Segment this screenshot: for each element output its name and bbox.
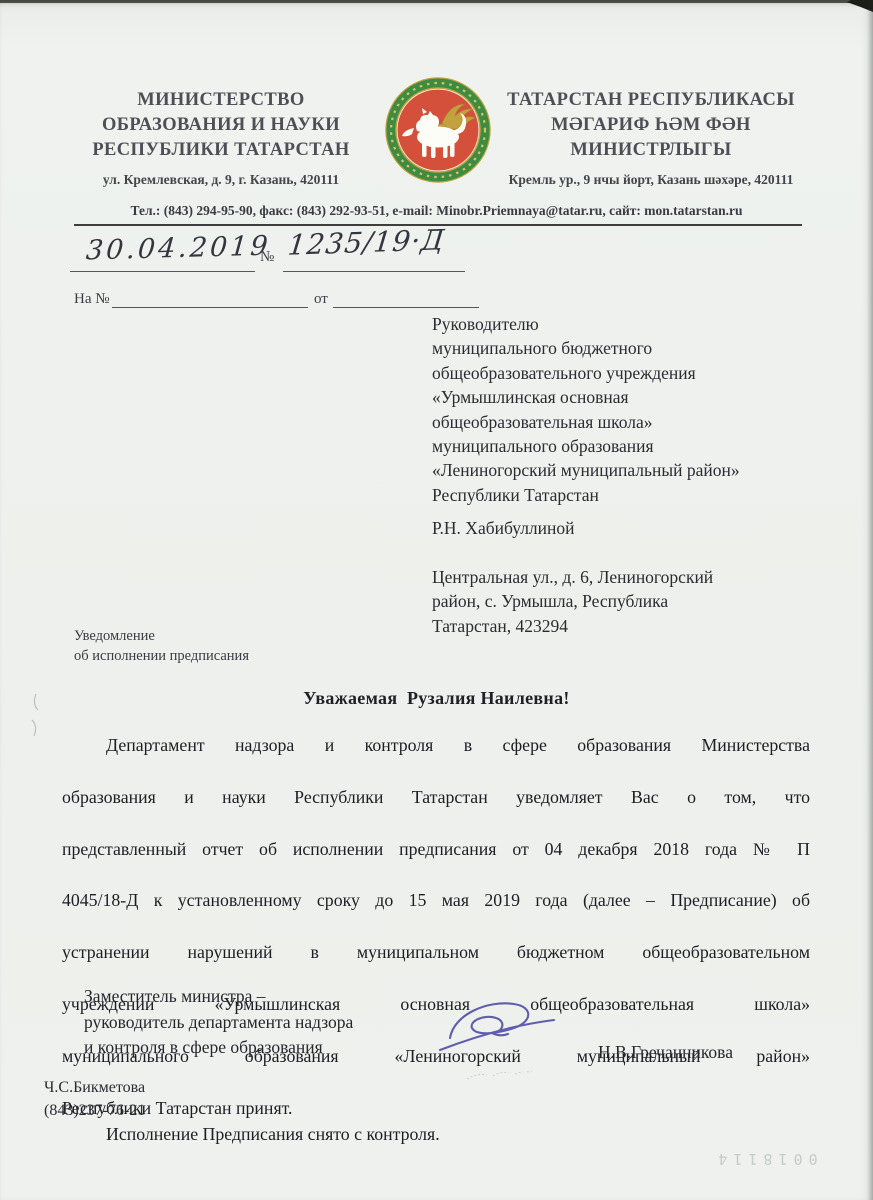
scan-edge-right [867,0,873,1200]
ministry-name-tat-line: МИНИСТРЛЫГЫ [492,138,810,163]
recipient-line: «Лениногорский муниципальный район» [432,458,802,482]
body-line: представленный отчет об исполнении предп… [62,837,810,889]
recipient-line: «Урмышлинская основная [432,385,802,409]
reply-date-underline [333,307,479,308]
recipient-line: Республики Татарстан [432,483,802,507]
number-underline [283,271,465,272]
date-underline [70,271,255,272]
recipient-address-line: Центральная ул., д. 6, Лениногорский [432,565,802,589]
pencil-note-mark [465,1068,535,1082]
executor-phone: (843)237-76-21 [44,1100,145,1123]
body-line: Исполнение Предписания снято с контроля. [62,1122,810,1148]
outgoing-date-handwritten: 30.04.2019 [85,231,272,267]
ministry-name-tat-line: МӘГАРИФ ҺӘМ ФӘН [492,113,810,138]
recipient-address-line: Татарстан, 423294 [432,614,802,638]
recipient-address: Центральная ул., д. 6, Лениногорский рай… [432,565,802,638]
subject-line: об исполнении предписания [74,647,249,667]
signer-position-line: руководитель департамента надзора [84,1010,353,1036]
number-sign-label: № [260,249,274,266]
recipient-line: муниципального образования [432,434,802,458]
document-subject: Уведомление об исполнении предписания [74,627,249,666]
recipient-person-name: Р.Н. Хабибуллиной [432,518,575,539]
ministry-name-ru-line: МИНИСТЕРСТВО [62,88,380,113]
signer-position-line: Заместитель министра – [84,984,353,1010]
recipient-address-line: район, с. Урмышла, Республика [432,589,802,613]
faint-stamp-number: 0018114 [680,1150,850,1168]
body-line: Департамент надзора и контроля в сфере о… [62,733,810,785]
ministry-name-ru-line: РЕСПУБЛИКИ ТАТАРСТАН [62,138,380,163]
contact-line: Тел.: (843) 294-95-90, факс: (843) 292-9… [0,203,873,219]
recipient-line: общеобразовательная школа» [432,410,802,434]
ministry-name-ru: МИНИСТЕРСТВО ОБРАЗОВАНИЯ И НАУКИ РЕСПУБЛ… [62,88,380,163]
scanned-letter-page: МИНИСТЕРСТВО ОБРАЗОВАНИЯ И НАУКИ РЕСПУБЛ… [0,0,873,1200]
executor-name: Ч.С.Бикметова [44,1077,145,1100]
recipient-line: общеобразовательного учреждения [432,361,802,385]
ministry-name-tat-line: ТАТАРСТАН РЕСПУБЛИКАСЫ [492,88,810,113]
letter-body: Департамент надзора и контроля в сфере о… [62,733,810,1148]
salutation: Уважаемая Рузалия Наилевна! [0,688,873,709]
reply-to-label: На № [74,291,110,308]
tatarstan-emblem-icon [384,76,492,184]
body-line: 4045/18-Д к установленному сроку до 15 м… [62,888,810,940]
recipient-line: Руководителю [432,312,802,336]
ministry-name-tat: ТАТАРСТАН РЕСПУБЛИКАСЫ МӘГАРИФ ҺӘМ ФӘН М… [492,88,810,163]
ministry-address-tat: Кремль ур., 9 нчы йорт, Казань шәхәре, 4… [481,172,821,188]
body-line: Республики Татарстан принят. [62,1096,810,1122]
reply-from-label: от [314,291,328,308]
scan-edge-top [0,0,873,3]
body-line: образования и науки Республики Татарстан… [62,785,810,837]
handwritten-signature [436,992,576,1078]
recipient-line: муниципального бюджетного [432,336,802,360]
signer-position-line: и контроля в сфере образования [84,1035,353,1061]
reply-number-underline [112,307,308,308]
ministry-name-ru-line: ОБРАЗОВАНИЯ И НАУКИ [62,113,380,138]
signer-name: Н.В.Гречанникова [598,1042,733,1063]
executor-block: Ч.С.Бикметова (843)237-76-21 [44,1077,145,1122]
outgoing-number-handwritten: 1235/19·Д [286,223,446,262]
ministry-address-ru: ул. Кремлевская, д. 9, г. Казань, 420111 [51,172,391,188]
recipient-block: Руководителю муниципального бюджетного о… [432,312,802,507]
subject-line: Уведомление [74,627,249,647]
signer-position: Заместитель министра – руководитель депа… [84,984,353,1061]
